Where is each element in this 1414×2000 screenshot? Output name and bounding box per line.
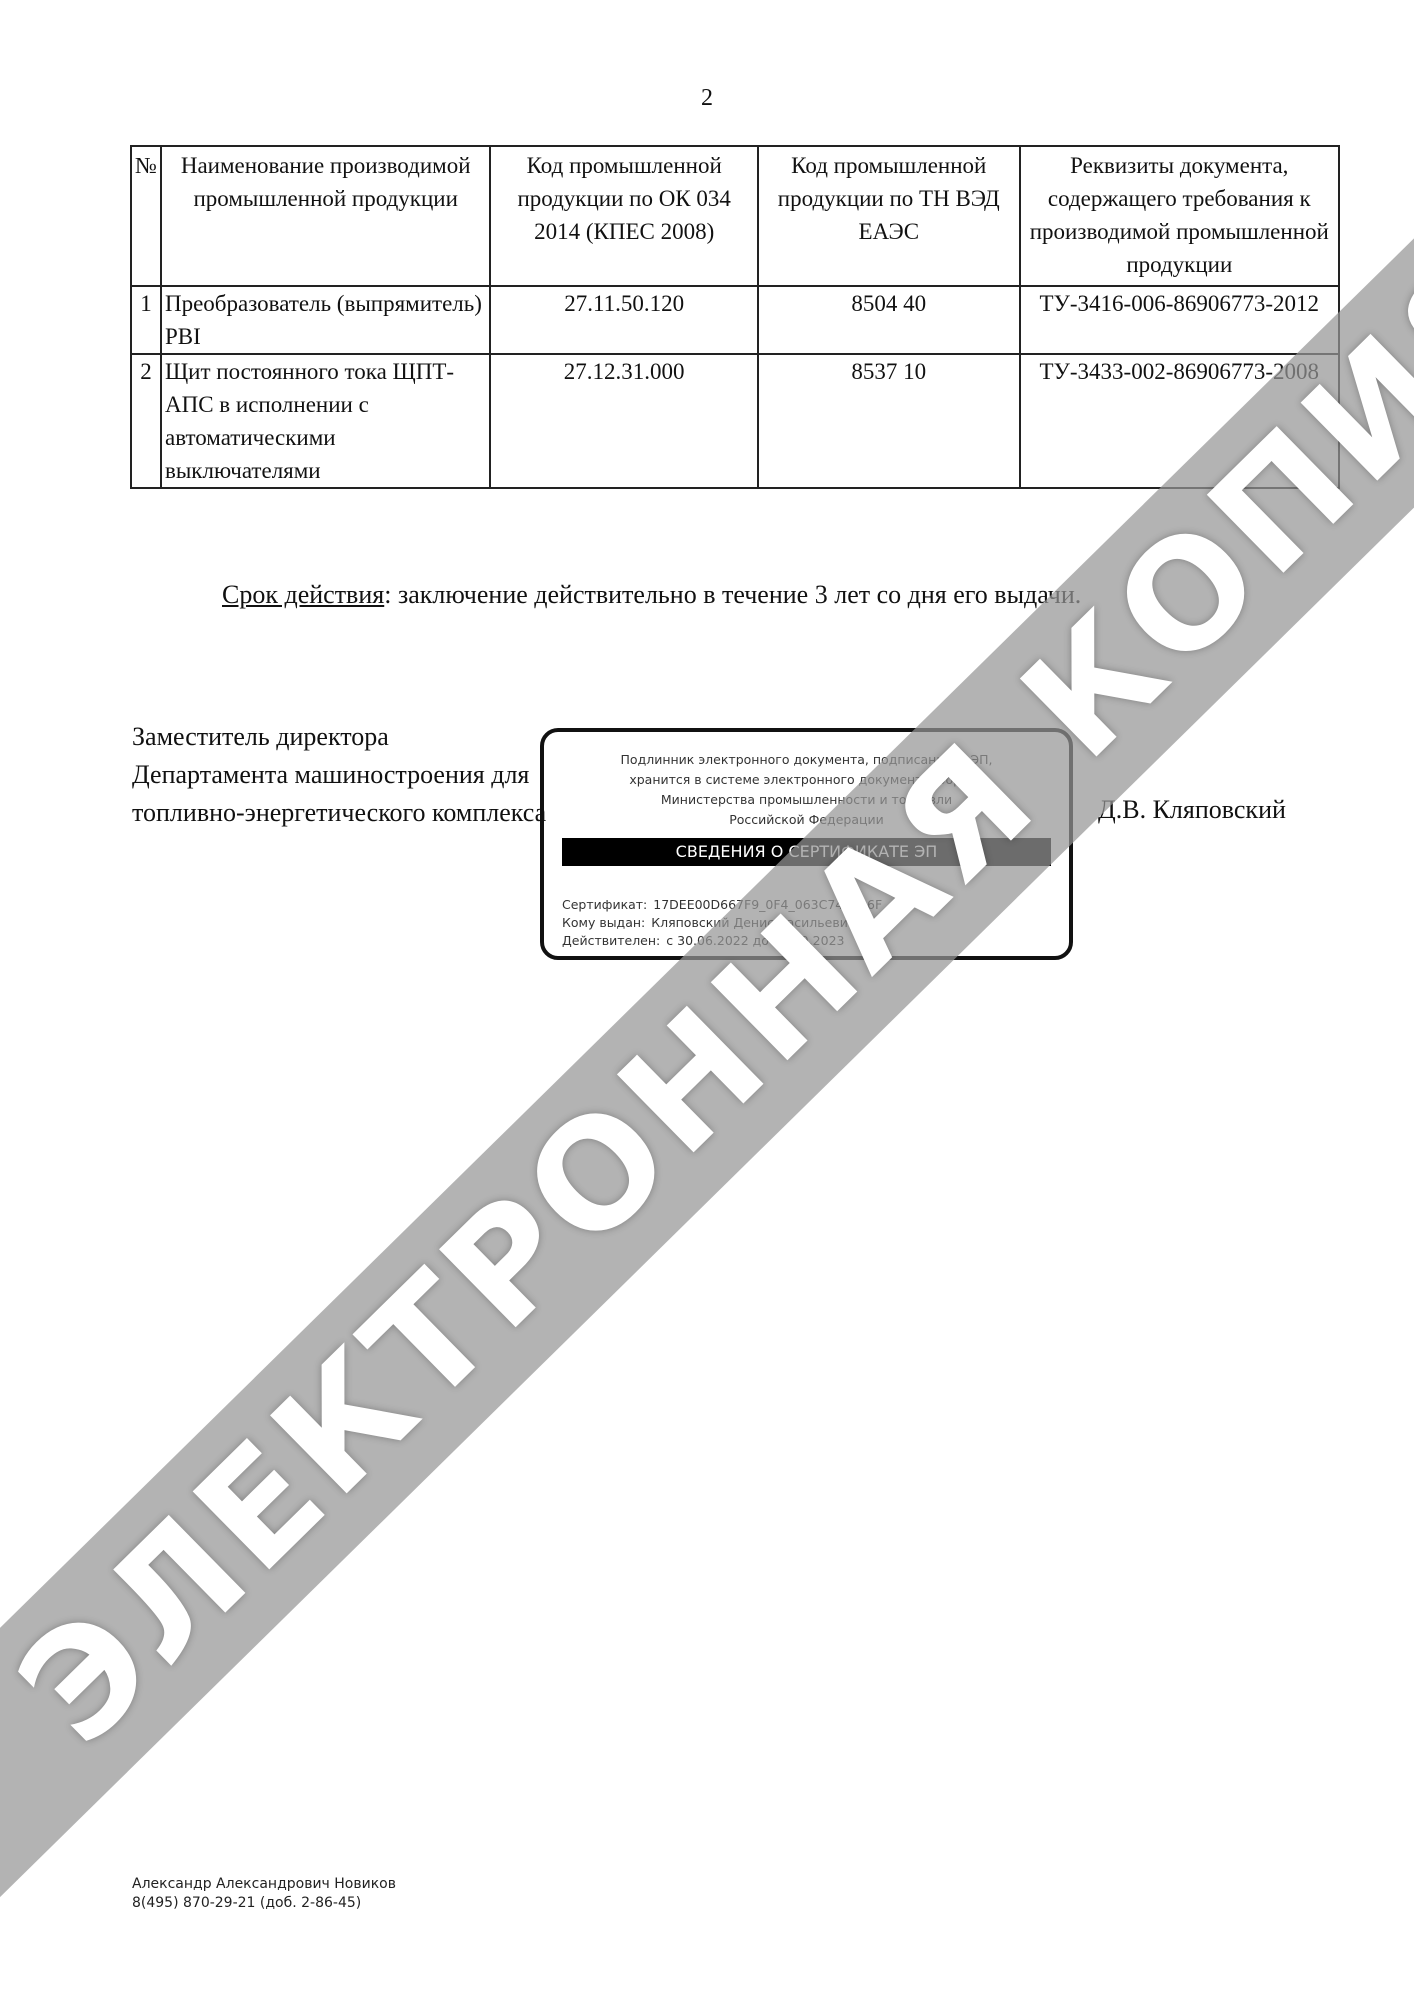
executor-footer: Александр Александрович Новиков 8(495) 8…	[132, 1875, 396, 1913]
okpd-code: 27.12.31.000	[490, 354, 758, 488]
table-row: 1 Преобразователь (выпрямитель) PBI 27.1…	[131, 286, 1339, 354]
certificate-label: Сертификат:	[562, 897, 647, 912]
signatory-line-2: Департамента машиностроения для	[132, 756, 546, 794]
product-name: Преобразователь (выпрямитель) PBI	[161, 286, 490, 354]
table-row: 2 Щит постоянного тока ЩПТ-АПС в исполне…	[131, 354, 1339, 488]
signatory-title: Заместитель директора Департамента машин…	[132, 718, 546, 832]
validity-statement: Срок действия: заключение действительно …	[222, 580, 1081, 610]
executor-phone: 8(495) 870-29-21 (доб. 2-86-45)	[132, 1894, 396, 1913]
tnved-code: 8504 40	[758, 286, 1020, 354]
issued-to-value: Кляповский Денис Васильевич	[651, 915, 855, 930]
header-okpd-code: Код промышленной продукции по ОК 034 201…	[490, 146, 758, 286]
tnved-code: 8537 10	[758, 354, 1020, 488]
certificate-value: 17DEE00D667F9_0F4_063C74E826F	[653, 897, 882, 912]
products-table: № Наименование производимой промышленной…	[130, 145, 1340, 489]
stamp-intro: Подлинник электронного документа, подпис…	[544, 750, 1069, 830]
issued-to-label: Кому выдан:	[562, 915, 645, 930]
header-tnved-code: Код промышленной продукции по ТН ВЭД ЕАЭ…	[758, 146, 1020, 286]
stamp-header-bar: СВЕДЕНИЯ О СЕРТИФИКАТЕ ЭП	[562, 838, 1051, 866]
validity-label: Срок действия	[222, 580, 384, 609]
electronic-signature-stamp: Подлинник электронного документа, подпис…	[540, 728, 1073, 960]
header-product-name: Наименование производимой промышленной п…	[161, 146, 490, 286]
okpd-code: 27.11.50.120	[490, 286, 758, 354]
signer-name: Д.В. Кляповский	[1098, 795, 1286, 825]
stamp-intro-line: Российской Федерации	[544, 810, 1069, 830]
valid-row: Действителен:с 30.06.2022 до 23.09.2023	[562, 932, 1069, 950]
row-number: 2	[131, 354, 161, 488]
requirements-doc: ТУ-3416-006-86906773-2012	[1020, 286, 1339, 354]
table-header-row: № Наименование производимой промышленной…	[131, 146, 1339, 286]
certificate-row: Сертификат:17DEE00D667F9_0F4_063C74E826F	[562, 896, 1069, 914]
stamp-intro-line: хранится в системе электронного документ…	[544, 770, 1069, 790]
certificate-info: Сертификат:17DEE00D667F9_0F4_063C74E826F…	[562, 896, 1069, 950]
header-requirements-doc: Реквизиты документа, содержащего требова…	[1020, 146, 1339, 286]
row-number: 1	[131, 286, 161, 354]
page-number: 2	[0, 85, 1414, 112]
requirements-doc: ТУ-3433-002-86906773-2008	[1020, 354, 1339, 488]
stamp-intro-line: Министерства промышленности и торговли	[544, 790, 1069, 810]
valid-value: с 30.06.2022 до 23.09.2023	[666, 933, 844, 948]
executor-name: Александр Александрович Новиков	[132, 1875, 396, 1894]
issued-to-row: Кому выдан:Кляповский Денис Васильевич	[562, 914, 1069, 932]
product-name: Щит постоянного тока ЩПТ-АПС в исполнени…	[161, 354, 490, 488]
header-number: №	[131, 146, 161, 286]
validity-text: : заключение действительно в течение 3 л…	[384, 580, 1081, 609]
valid-label: Действителен:	[562, 933, 660, 948]
signatory-line-3: топливно-энергетического комплекса	[132, 794, 546, 832]
signatory-line-1: Заместитель директора	[132, 718, 546, 756]
stamp-intro-line: Подлинник электронного документа, подпис…	[544, 750, 1069, 770]
